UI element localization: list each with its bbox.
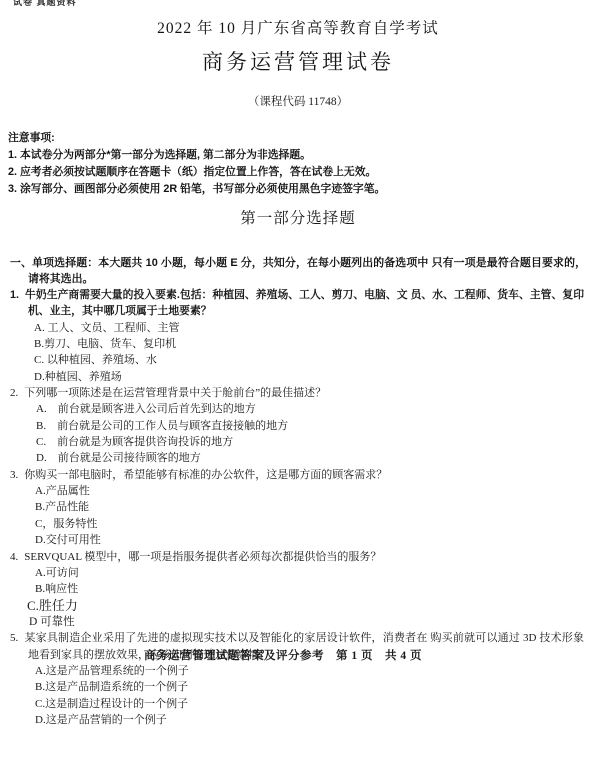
question-3-option-d: D.交付可用性	[35, 532, 584, 548]
question-1-option-d: D.种植园、养殖场	[34, 369, 584, 385]
question-3-body: 你购买一部电脑时，希望能够有标准的办公软件，这是哪方面的顾客需求？	[24, 469, 387, 481]
question-1-option-a: A. 工人、文员、工程师、主管	[34, 320, 584, 336]
question-3-number: 3.	[10, 469, 24, 481]
question-5-option-a: A.这是产品管理系统的一个例子	[35, 663, 584, 679]
question-4-number: 4.	[10, 551, 24, 563]
question-1-number: 1.	[10, 289, 25, 301]
notice-item-3: 3. 涂写部分、画图部分必须使用 2R 铅笔，书写部分必须使用黑色字迹签字笔。	[8, 181, 588, 198]
question-4: 4.SERVQUAL 模型中，哪一项是指服务提供者必须每次都提供恰当的服务？ A…	[10, 549, 584, 631]
notice-title: 注意事项:	[8, 130, 588, 147]
section-instruction: 一、单项选择题：本大题共 10 小题，每小题 E 分，共知分，在每小题列出的备选…	[10, 256, 586, 288]
course-code: （课程代码 11748）	[0, 93, 596, 109]
question-3-text: 3.你购买一部电脑时，希望能够有标准的办公软件，这是哪方面的顾客需求？	[10, 467, 584, 483]
question-5-option-c: C.这是制造过程设计的一个例子	[35, 696, 584, 712]
question-4-option-b: B.响应性	[35, 581, 584, 597]
question-2-body: 下列哪一项陈述是在运营管理背景中关于舱前台”的最佳描述？	[24, 387, 326, 399]
question-1-option-b: B.剪刀、电脑、货车、复印机	[34, 336, 584, 352]
part-one-title: 第一部分选择题	[0, 206, 596, 228]
paper-title: 商务运营管理试卷	[0, 46, 596, 76]
question-2: 2.下列哪一项陈述是在运营管理背景中关于舱前台”的最佳描述？ A. 前台就是顾客…	[10, 385, 584, 467]
question-1-text: 1.牛奶生产商需要大量的投入要素.包括：种植园、养殖场、工人、剪刀、电脑、文 员…	[10, 287, 584, 320]
question-4-option-a: A.可访问	[35, 565, 584, 581]
question-2-option-c: C. 前台就是为顾客提供咨询投诉的地方	[36, 434, 584, 450]
question-3-option-c: C，服务特性	[35, 516, 584, 532]
question-2-option-b: B. 前台就是公司的工作人员与顾客直接接触的地方	[36, 418, 584, 434]
question-1-body: 牛奶生产商需要大量的投入要素.包括：种植园、养殖场、工人、剪刀、电脑、文 员、水…	[25, 289, 584, 317]
notice-block: 注意事项: 1. 本试卷分为两部分*第一部分为选择题, 第二部分为非选择题。 2…	[8, 130, 588, 198]
question-2-number: 2.	[10, 387, 24, 399]
notice-item-2: 2. 应考者必须按试题顺序在答题卡（纸）指定位置上作答，答在试卷上无效。	[8, 164, 588, 181]
question-2-text: 2.下列哪一项陈述是在运营管理背景中关于舱前台”的最佳描述？	[10, 385, 584, 401]
question-4-option-c: C.胜任力	[27, 598, 584, 614]
notice-item-1: 1. 本试卷分为两部分*第一部分为选择题, 第二部分为非选择题。	[8, 147, 588, 164]
question-4-option-d: D 可靠性	[29, 614, 584, 630]
question-5-number: 5.	[10, 632, 24, 644]
question-2-option-a: A. 前台就是顾客进入公司后首先到达的地方	[36, 401, 584, 417]
question-5: 5.某家具制造企业采用了先进的虚拟现实技术以及智能化的家居设计软件，消费者在 购…	[10, 630, 584, 728]
question-1-option-c: C. 以种植园、养殖场、水	[34, 352, 584, 368]
question-2-option-d: D. 前台就是公司接待顾客的地方	[36, 450, 584, 466]
exam-paper-page: 试卷 真题资料 2022 年 10 月广东省高等教育自学考试 商务运营管理试卷 …	[0, 0, 596, 762]
exam-session-title: 2022 年 10 月广东省高等教育自学考试	[0, 16, 596, 38]
question-3-option-b: B.产品性能	[35, 499, 584, 515]
question-4-body: SERVQUAL 模型中，哪一项是指服务提供者必须每次都提供恰当的服务？	[24, 551, 381, 563]
question-4-text: 4.SERVQUAL 模型中，哪一项是指服务提供者必须每次都提供恰当的服务？	[10, 549, 584, 565]
question-3: 3.你购买一部电脑时，希望能够有标准的办公软件，这是哪方面的顾客需求？ A.产品…	[10, 467, 584, 549]
page-footer-overlay: 商务运营管理试题答案及评分参考 第 1 页 共 4 页	[88, 647, 478, 663]
question-5-option-b: B.这是产品制造系统的一个例子	[35, 679, 584, 695]
question-5-option-d: D.这是产品营销的一个例子	[35, 712, 584, 728]
question-1: 1.牛奶生产商需要大量的投入要素.包括：种植园、养殖场、工人、剪刀、电脑、文 员…	[10, 287, 584, 385]
question-3-option-a: A.产品属性	[35, 483, 584, 499]
corner-watermark: 试卷 真题资料	[13, 0, 77, 8]
